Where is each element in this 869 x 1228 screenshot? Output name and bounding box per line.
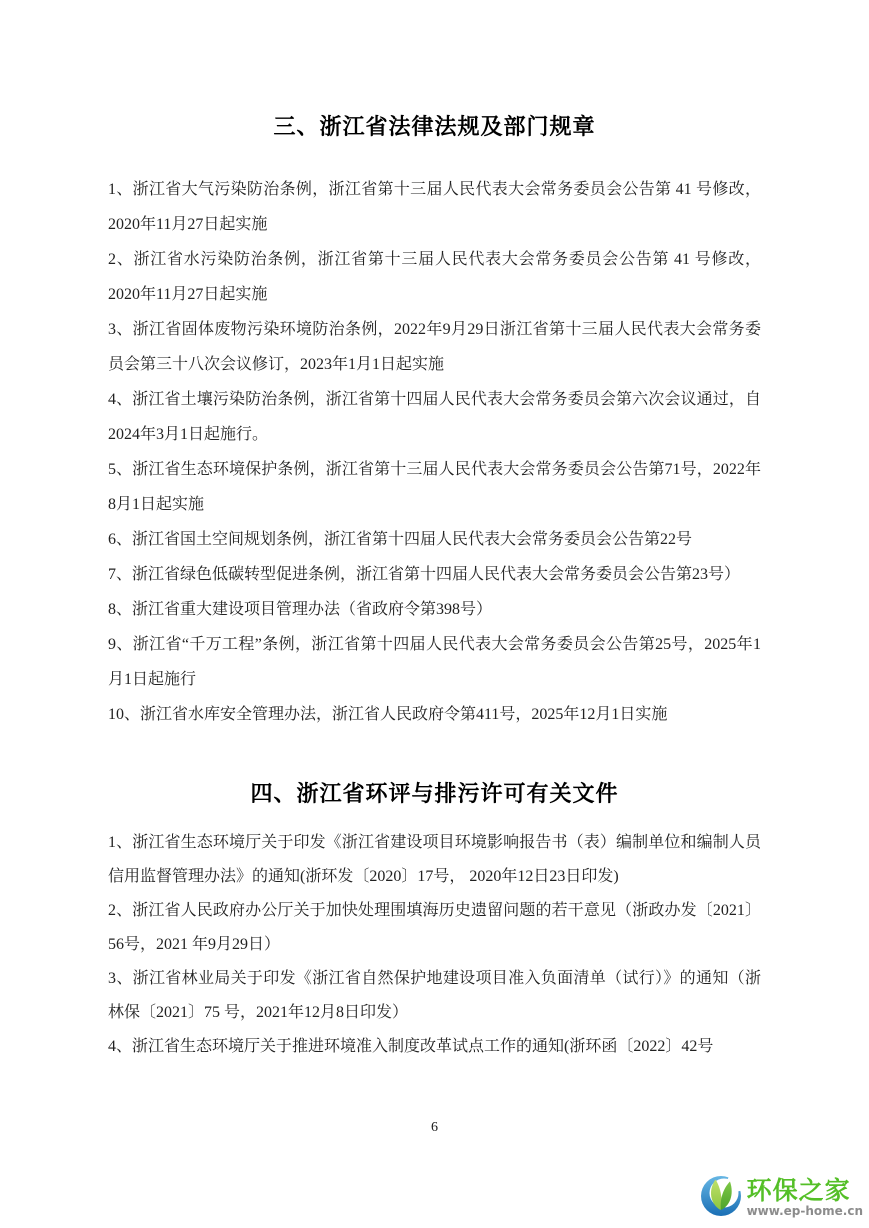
list-item: 2、浙江省人民政府办公厅关于加快处理围填海历史遗留问题的若干意见（浙政办发〔20… <box>108 894 761 962</box>
ep-home-logo-icon <box>699 1173 743 1222</box>
list-item: 5、浙江省生态环境保护条例，浙江省第十三届人民代表大会常务委员会公告第71号，2… <box>108 452 761 522</box>
section-4-title: 四、浙江省环评与排污许可有关文件 <box>108 778 761 812</box>
document-page: 三、浙江省法律法规及部门规章 1、浙江省大气污染防治条例，浙江省第十三届人民代表… <box>0 0 869 1228</box>
watermark-text: 环保之家 www.ep-home.cn <box>747 1178 863 1218</box>
list-item: 1、浙江省生态环境厅关于印发《浙江省建设项目环境影响报告书（表）编制单位和编制人… <box>108 826 761 894</box>
page-number: 6 <box>0 1120 869 1136</box>
list-item: 4、浙江省土壤污染防治条例，浙江省第十四届人民代表大会常务委员会第六次会议通过，… <box>108 382 761 452</box>
document-content: 三、浙江省法律法规及部门规章 1、浙江省大气污染防治条例，浙江省第十三届人民代表… <box>108 0 761 1064</box>
list-item: 4、浙江省生态环境厅关于推进环境准入制度改革试点工作的通知(浙环函〔2022〕4… <box>108 1030 761 1064</box>
list-item: 1、浙江省大气污染防治条例，浙江省第十三届人民代表大会常务委员会公告第 41 号… <box>108 172 761 242</box>
section-3-title: 三、浙江省法律法规及部门规章 <box>108 112 761 144</box>
list-item: 3、浙江省固体废物污染环境防治条例，2022年9月29日浙江省第十三届人民代表大… <box>108 312 761 382</box>
site-watermark: 环保之家 www.ep-home.cn <box>699 1173 863 1222</box>
list-item: 9、浙江省“千万工程”条例，浙江省第十四届人民代表大会常务委员会公告第25号，2… <box>108 627 761 697</box>
watermark-url: www.ep-home.cn <box>747 1205 863 1218</box>
list-item: 6、浙江省国土空间规划条例，浙江省第十四届人民代表大会常务委员会公告第22号 <box>108 522 761 557</box>
list-item: 3、浙江省林业局关于印发《浙江省自然保护地建设项目准入负面清单（试行）》的通知（… <box>108 962 761 1030</box>
section-3-list: 1、浙江省大气污染防治条例，浙江省第十三届人民代表大会常务委员会公告第 41 号… <box>108 172 761 732</box>
list-item: 2、浙江省水污染防治条例，浙江省第十三届人民代表大会常务委员会公告第 41 号修… <box>108 242 761 312</box>
list-item: 7、浙江省绿色低碳转型促进条例，浙江省第十四届人民代表大会常务委员会公告第23号… <box>108 557 761 592</box>
list-item: 10、浙江省水库安全管理办法，浙江省人民政府令第411号，2025年12月1日实… <box>108 697 761 732</box>
list-item: 8、浙江省重大建设项目管理办法（省政府令第398号） <box>108 592 761 627</box>
watermark-brand: 环保之家 <box>747 1176 851 1205</box>
section-4-list: 1、浙江省生态环境厅关于印发《浙江省建设项目环境影响报告书（表）编制单位和编制人… <box>108 826 761 1064</box>
